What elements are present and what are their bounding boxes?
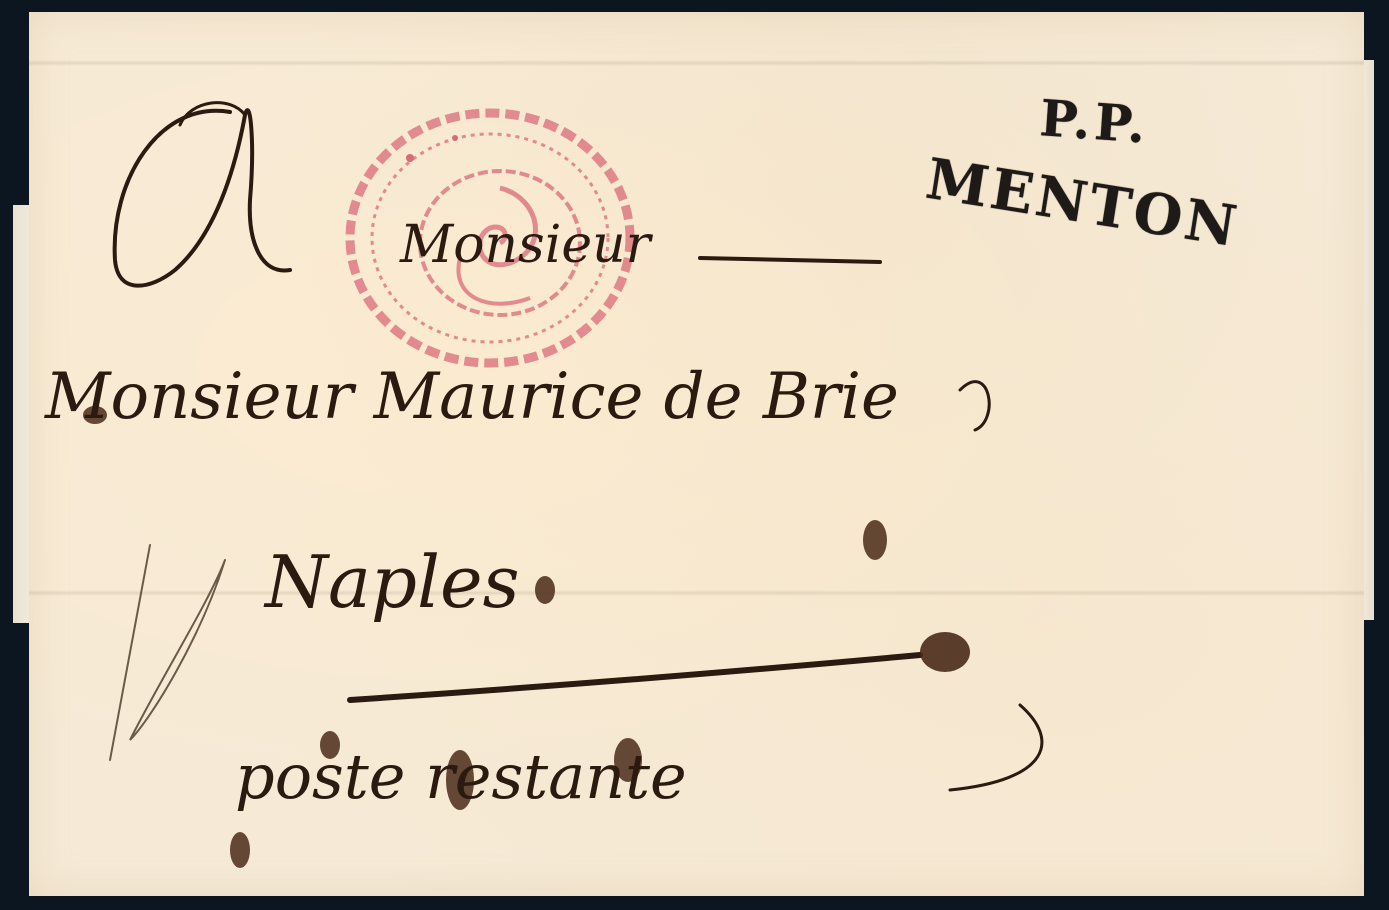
destination-city: Naples bbox=[265, 540, 520, 624]
letter-cover bbox=[29, 12, 1364, 896]
paid-postmark: P.P. bbox=[1038, 88, 1151, 154]
salutation-text: Monsieur bbox=[400, 215, 650, 275]
fold-line-top bbox=[29, 60, 1364, 66]
fold-line-middle bbox=[29, 590, 1364, 596]
recipient-name: Monsieur Maurice de Brie bbox=[45, 360, 899, 434]
delivery-instruction: poste restante bbox=[235, 740, 687, 813]
